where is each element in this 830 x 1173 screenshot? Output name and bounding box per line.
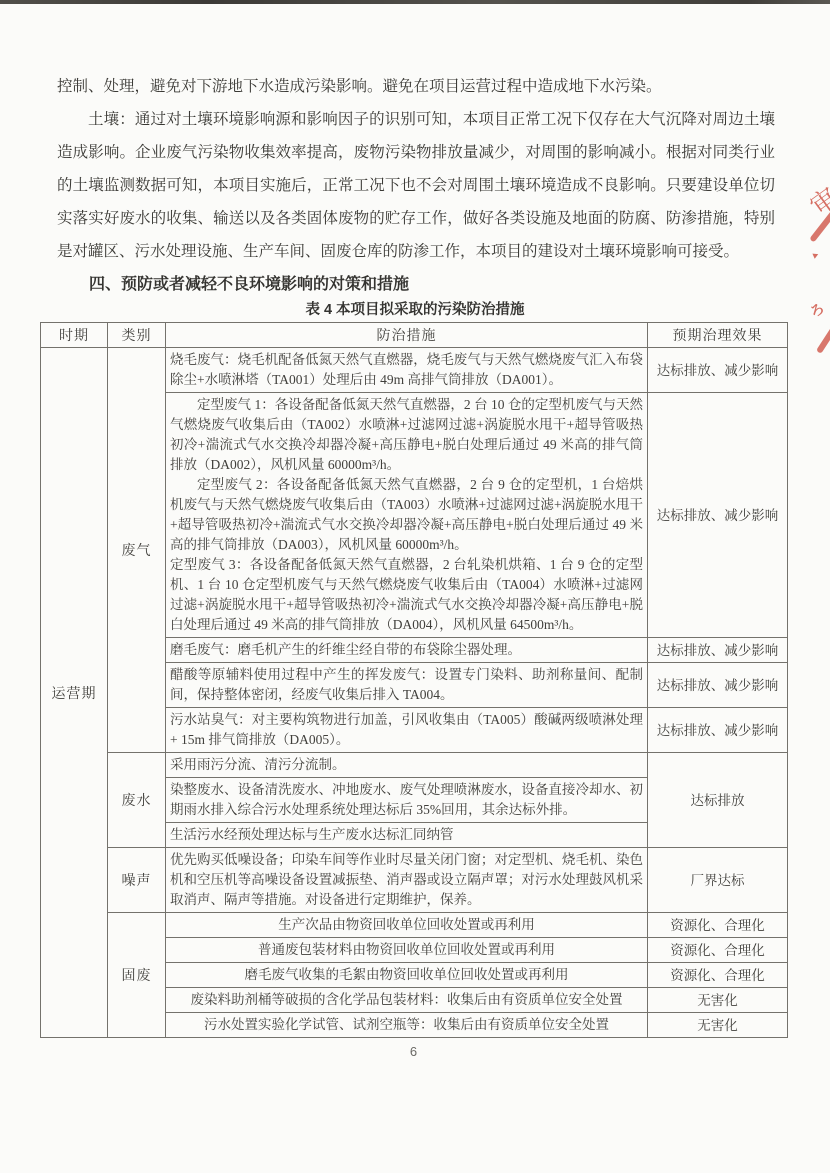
- measure-paragraph: 定型废气 2：各设备配备低氮天然气直燃器，2 台 9 仓的定型机，1 台焙烘机废…: [170, 475, 643, 555]
- effect-cell: 无害化: [648, 988, 788, 1013]
- effect-cell: 达标排放、减少影响: [648, 638, 788, 663]
- section-heading: 四、预防或者减轻不良环境影响的对策和措施: [57, 273, 775, 297]
- table-title: 表 4 本项目拟采取的污染防治措施: [0, 300, 830, 320]
- effect-cell: 厂界达标: [648, 848, 788, 913]
- period-cell: 运营期: [41, 348, 108, 1038]
- measure-cell: 生活污水经预处理达标与生产废水达标汇同纳管: [166, 823, 648, 848]
- measure-cell: 污水站臭气：对主要构筑物进行加盖，引风收集由（TA005）酸碱两级喷淋处理+ 1…: [166, 708, 648, 753]
- paragraph-soil: 土壤：通过对土壤环境影响源和影响因子的识别可知，本项目正常工况下仅存在大气沉降对…: [57, 103, 775, 268]
- page-content: 控制、处理，避免对下游地下水造成污染影响。避免在项目运营过程中造成地下水污染。 …: [0, 0, 830, 1059]
- table-row: 固废 生产次品由物资回收单位回收处置或再利用 资源化、合理化: [41, 913, 788, 938]
- document-page: 审 ‣ ろ 控制、处理，避免对下游地下水造成污染影响。避免在项目运营过程中造成地…: [0, 0, 830, 1173]
- measure-cell: 磨毛废气：磨毛机产生的纤维尘经自带的布袋除尘器处理。: [166, 638, 648, 663]
- category-cell-solid-waste: 固废: [108, 913, 166, 1038]
- measure-cell: 定型废气 1：各设备配备低氮天然气直燃器，2 台 10 仓的定型机废气与天然气燃…: [166, 393, 648, 638]
- measure-cell: 优先购买低噪设备；印染车间等作业时尽量关闭门窗；对定型机、烧毛机、染色机和空压机…: [166, 848, 648, 913]
- header-period: 时期: [41, 323, 108, 348]
- scan-edge-artifact: [0, 0, 830, 4]
- measure-paragraph: 定型废气 3：各设备配备低氮天然气直燃器，2 台轧染机烘箱、1 台 9 仓的定型…: [170, 555, 643, 635]
- category-cell-waste-gas: 废气: [108, 348, 166, 753]
- measure-cell: 生产次品由物资回收单位回收处置或再利用: [166, 913, 648, 938]
- effect-cell: 达标排放、减少影响: [648, 663, 788, 708]
- page-number: 6: [40, 1038, 787, 1059]
- table-row: 运营期 废气 烧毛废气：烧毛机配备低氮天然气直燃器，烧毛废气与天然气燃烧废气汇入…: [41, 348, 788, 393]
- table-header-row: 时期 类别 防治措施 预期治理效果: [41, 323, 788, 348]
- effect-cell: 资源化、合理化: [648, 963, 788, 988]
- category-cell-wastewater: 废水: [108, 753, 166, 848]
- effect-cell: 达标排放、减少影响: [648, 348, 788, 393]
- paragraph-groundwater: 控制、处理，避免对下游地下水造成污染影响。避免在项目运营过程中造成地下水污染。: [57, 70, 775, 103]
- effect-cell: 无害化: [648, 1013, 788, 1038]
- header-effect: 预期治理效果: [648, 323, 788, 348]
- effect-cell: 达标排放: [648, 753, 788, 848]
- measure-cell: 废染料助剂桶等破损的含化学品包装材料：收集后由有资质单位安全处置: [166, 988, 648, 1013]
- effect-cell: 资源化、合理化: [648, 913, 788, 938]
- measure-cell: 磨毛废气收集的毛絮由物资回收单位回收处置或再利用: [166, 963, 648, 988]
- measure-cell: 染整废水、设备清洗废水、冲地废水、废气处理喷淋废水，设备直接冷却水、初期雨水排入…: [166, 778, 648, 823]
- pollution-measures-table: 时期 类别 防治措施 预期治理效果 运营期 废气 烧毛废气：烧毛机配备低氮天然气…: [40, 322, 788, 1038]
- measure-cell: 醋酸等原辅料使用过程中产生的挥发废气：设置专门染料、助剂称量间、配制间，保持整体…: [166, 663, 648, 708]
- measure-cell: 烧毛废气：烧毛机配备低氮天然气直燃器，烧毛废气与天然气燃烧废气汇入布袋除尘+水喷…: [166, 348, 648, 393]
- measure-cell: 采用雨污分流、清污分流制。: [166, 753, 648, 778]
- header-measures: 防治措施: [166, 323, 648, 348]
- effect-cell: 达标排放、减少影响: [648, 393, 788, 638]
- header-category: 类别: [108, 323, 166, 348]
- table-row: 噪声 优先购买低噪设备；印染车间等作业时尽量关闭门窗；对定型机、烧毛机、染色机和…: [41, 848, 788, 913]
- effect-cell: 达标排放、减少影响: [648, 708, 788, 753]
- table-row: 废水 采用雨污分流、清污分流制。 达标排放: [41, 753, 788, 778]
- effect-cell: 资源化、合理化: [648, 938, 788, 963]
- measure-paragraph: 定型废气 1：各设备配备低氮天然气直燃器，2 台 10 仓的定型机废气与天然气燃…: [170, 395, 643, 475]
- measure-cell: 污水处置实验化学试管、试剂空瓶等：收集后由有资质单位安全处置: [166, 1013, 648, 1038]
- measure-cell: 普通废包装材料由物资回收单位回收处置或再利用: [166, 938, 648, 963]
- category-cell-noise: 噪声: [108, 848, 166, 913]
